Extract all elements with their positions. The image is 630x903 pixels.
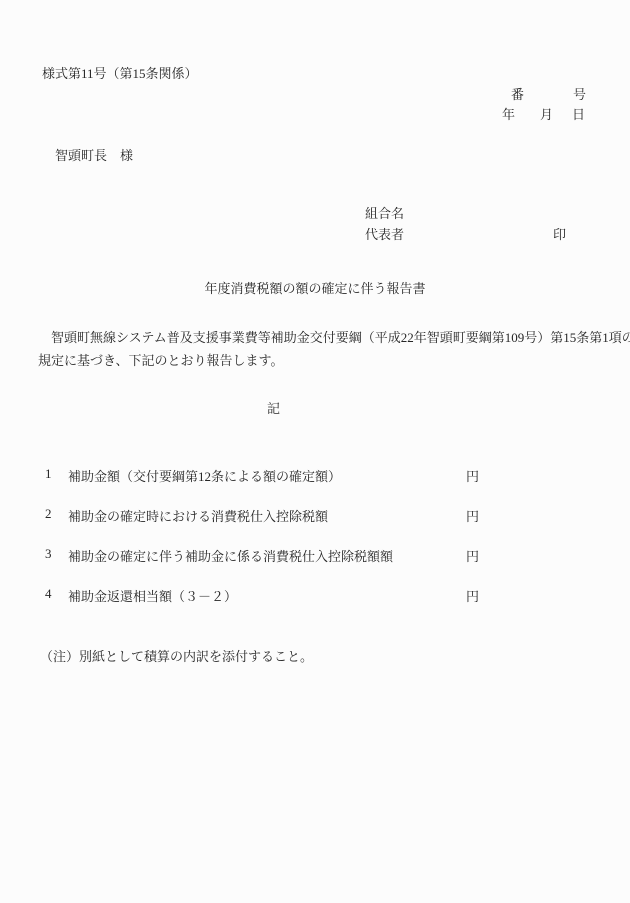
body-paragraph-line2: 規定に基づき、下記のとおり報告します。 — [38, 353, 283, 369]
item-number: 2 — [45, 506, 52, 522]
item-row-4: 4 補助金返還相当額（３－２） 円 — [0, 586, 630, 606]
date-month-label: 月 — [540, 107, 553, 123]
item-label: 補助金の確定に伴う補助金に係る消費税仕入控除税額額 — [68, 546, 393, 565]
item-label: 補助金の確定時における消費税仕入控除税額 — [68, 506, 328, 525]
form-number: 様式第11号（第15条関係） — [42, 66, 198, 82]
item-label: 補助金額（交付要綱第12条による額の確定額） — [68, 466, 341, 485]
document-page: 様式第11号（第15条関係） 番 号 年 月 日 智頭町長 様 組合名 代表者 … — [0, 0, 630, 903]
body-paragraph-line1: 智頭町無線システム普及支援事業費等補助金交付要綱（平成22年智頭町要綱第109号… — [38, 330, 630, 346]
sender-org-label: 組合名 — [365, 206, 404, 222]
date-year-label: 年 — [502, 107, 515, 123]
date-day-label: 日 — [572, 107, 585, 123]
item-unit: 円 — [466, 466, 479, 485]
doc-number-label: 番 — [511, 87, 524, 103]
item-number: 4 — [45, 586, 52, 602]
doc-number-suffix: 号 — [573, 87, 586, 103]
item-number: 1 — [45, 466, 52, 482]
item-unit: 円 — [466, 506, 479, 525]
seal-mark: 印 — [553, 227, 566, 243]
item-unit: 円 — [466, 546, 479, 565]
item-unit: 円 — [466, 586, 479, 605]
item-number: 3 — [45, 546, 52, 562]
addressee: 智頭町長 様 — [55, 148, 133, 164]
footnote: （注）別紙として積算の内訳を添付すること。 — [40, 649, 313, 665]
document-title: 年度消費税額の額の確定に伴う報告書 — [0, 281, 630, 297]
section-marker: 記 — [267, 401, 280, 417]
item-row-1: 1 補助金額（交付要綱第12条による額の確定額） 円 — [0, 466, 630, 486]
item-label: 補助金返還相当額（３－２） — [68, 586, 237, 605]
item-row-3: 3 補助金の確定に伴う補助金に係る消費税仕入控除税額額 円 — [0, 546, 630, 566]
sender-representative-label: 代表者 — [365, 227, 404, 243]
item-row-2: 2 補助金の確定時における消費税仕入控除税額 円 — [0, 506, 630, 526]
